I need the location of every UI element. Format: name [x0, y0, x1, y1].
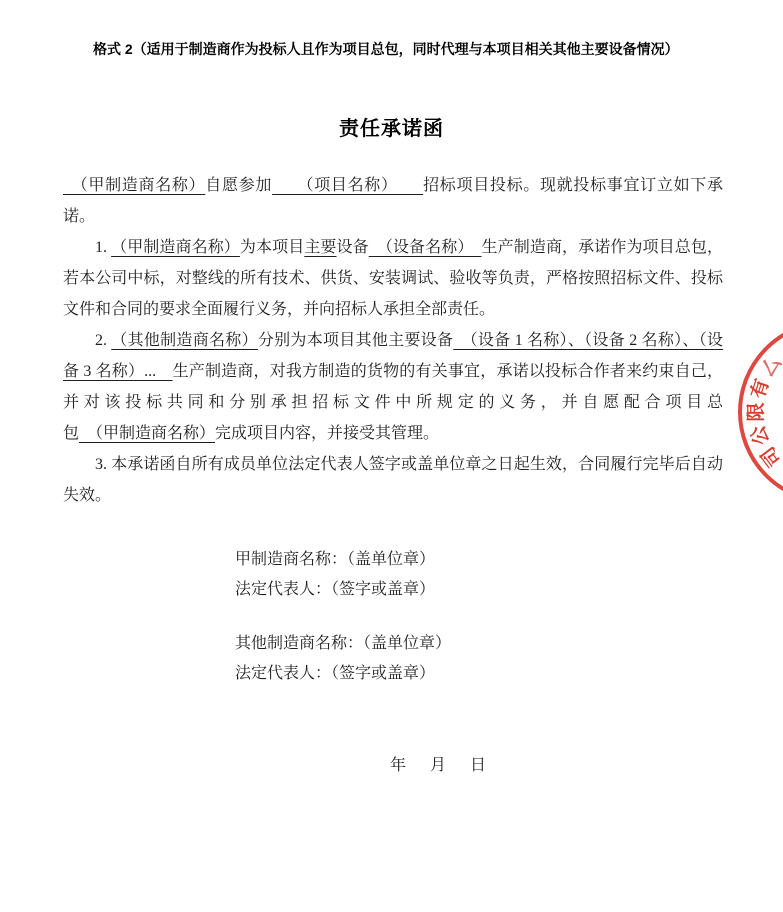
fill-in-blank-field: （甲制造商名称） [79, 425, 215, 442]
date-line: 年 月 日 [390, 752, 490, 775]
clause-3-paragraph: 3. 本承诺函自所有成员单位法定代表人签字或盖单位章之日起生效，合同履行完毕后自… [63, 449, 723, 511]
fill-in-blank-field: 主要 [304, 239, 336, 256]
fill-in-blank-field: （项目名称） [272, 177, 423, 194]
seal-character: 限 [747, 402, 767, 422]
signature-name-line: 甲制造商名称：（盖单位章） [235, 545, 435, 575]
document-title: 责任承诺函 [0, 112, 783, 141]
document-page: 格式 2（适用于制造商作为投标人且作为项目总包，同时代理与本项目相关其他主要设备… [0, 0, 783, 912]
body-text: 1. [95, 239, 111, 256]
body-text: 设备 [337, 239, 369, 256]
intro-paragraph: （甲制造商名称）自愿参加 （项目名称） 招标项目投标。现就投标事宜订立如下承诺。 [63, 170, 723, 232]
body-text: 为本项目 [240, 239, 304, 256]
signature-block-manufacturer-a: 甲制造商名称：（盖单位章） 法定代表人：（签字或盖章） [235, 545, 435, 605]
seal-character: 司 [758, 442, 783, 470]
seal-character: 有 [748, 376, 773, 401]
fill-in-blank-field: （其他制造商名称） [111, 332, 258, 349]
body-text: 完成项目内容，并接受其管理。 [215, 425, 439, 442]
clause-2-paragraph: 2. （其他制造商名称）分别为本项目其他主要设备 （设备 1 名称）、（设备 2… [63, 325, 723, 449]
signature-representative-line: 法定代表人：（签字或盖章） [235, 575, 435, 605]
body-text: 3. 本承诺函自所有成员单位法定代表人签字或盖单位章之日起生效，合同履行完毕后自… [63, 456, 723, 504]
document-body: （甲制造商名称）自愿参加 （项目名称） 招标项目投标。现就投标事宜订立如下承诺。… [63, 170, 723, 511]
seal-ring [738, 320, 783, 504]
body-text: 分别为本项目其他主要设备 [258, 332, 453, 349]
fill-in-blank-field: （甲制造商名称） [63, 177, 205, 194]
body-text: 2. [95, 332, 111, 349]
format-note: 格式 2（适用于制造商作为投标人且作为项目总包，同时代理与本项目相关其他主要设备… [93, 39, 679, 59]
fill-in-blank-field: （甲制造商名称） [111, 239, 240, 256]
seal-character: 公 [748, 422, 773, 447]
seal-character: 厶 [758, 353, 783, 381]
fill-in-blank-field: （设备名称） [369, 239, 482, 256]
body-text: 自愿参加 [205, 177, 272, 194]
signature-representative-line: 法定代表人：（签字或盖章） [235, 659, 451, 689]
signature-name-line: 其他制造商名称：（盖单位章） [235, 629, 451, 659]
signature-block-other-manufacturers: 其他制造商名称：（盖单位章） 法定代表人：（签字或盖章） [235, 629, 451, 689]
clause-1-paragraph: 1. （甲制造商名称）为本项目主要设备 （设备名称） 生产制造商，承诺作为项目总… [63, 232, 723, 325]
